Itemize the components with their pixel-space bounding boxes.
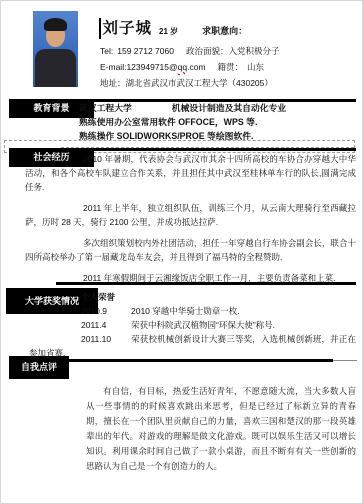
award-date: 2011.10 [81, 332, 131, 346]
portrait-photo [33, 11, 78, 87]
spellcheck-underline: qq [178, 62, 187, 72]
email-tld: .com [187, 62, 205, 72]
honors-title: 个人荣誉 [29, 290, 356, 304]
social-paragraph: 2011 年上半年，独立组织队伍，训练三个月，从云南大理骑行至西藏拉萨，历时 2… [25, 201, 356, 229]
photo-person-hair [44, 18, 67, 31]
award-date: 2010.9 [81, 304, 131, 318]
school-name: 武汉工程大学 [79, 103, 132, 113]
award-row: 2010.92010 穿越中华骑士勋章一枚. [29, 304, 356, 318]
education-school-line: 武汉工程大学机械设计制造及其自动化专业 [79, 101, 357, 115]
social-content: 2010 年暑期，代表协会与武汉市其余十四所高校的车协合办穿越大中华活动，和各个… [25, 152, 356, 292]
social-rule [58, 148, 356, 151]
award-date: 2011.4 [81, 318, 131, 332]
job-intention-label: 求职意向： [202, 24, 247, 39]
award-desc: 荣获中科院武汉植物园“环保大使”称号. [131, 320, 275, 330]
photo-person-body [35, 49, 76, 87]
political-label: 政治面貌： [186, 46, 229, 56]
award-row: 2011.10荣获校机械创新设计大赛三等奖，入选机械创新班，并正在参加省赛. [29, 332, 356, 360]
contact-tel-line: Tel:159 2712 7060政治面貌：入党积极分子 [100, 45, 280, 57]
origin-label: 籍贯： [218, 62, 244, 72]
award-desc: 荣获校机械创新设计大赛三等奖，入选机械创新班，并正在参加省赛. [29, 334, 356, 358]
tel-label: Tel: [100, 46, 113, 56]
political-value: 入党积极分子 [228, 46, 279, 56]
candidate-name: 刘子城 [103, 19, 153, 39]
awards-rule [56, 282, 356, 285]
education-skill-line: 熟练使用办公室常用软件 OFFOCE，WPS 等. [79, 115, 357, 129]
major-name: 机械设计制造及其自动化专业 [172, 103, 286, 113]
education-content: 武汉工程大学机械设计制造及其自动化专业 熟练使用办公室常用软件 OFFOCE，W… [79, 101, 357, 143]
contact-address-line: 地址：湖北省武汉市武汉工程大学（430205） [100, 77, 273, 89]
self-review-rule [63, 359, 333, 362]
address-label: 地址： [100, 78, 126, 88]
address-value: 湖北省武汉市武汉工程大学（430205） [126, 78, 273, 88]
contact-email-line: E-mail:123949715@qq.com籍贯：山东 [100, 61, 264, 73]
self-review-rule-tail [333, 360, 357, 361]
tel-value: 159 2712 7060 [117, 46, 174, 56]
email-user: 123949715@ [126, 62, 177, 72]
award-desc: 2010 穿越中华骑士勋章一枚. [131, 306, 240, 316]
origin-value: 山东 [247, 62, 264, 72]
awards-content: 个人荣誉 2010.92010 穿越中华骑士勋章一枚. 2011.4荣获中科院武… [29, 290, 356, 360]
social-paragraph: 多次组织策划校内外社团活动，担任一年穿越自行车协会副会长，联合十四所高校举办了第… [25, 236, 356, 264]
email-label: E-mail: [100, 62, 126, 72]
social-paragraph: 2010 年暑期，代表协会与武汉市其余十四所高校的车协合办穿越大中华活动，和各个… [25, 152, 356, 194]
self-review-text: 有自信，有目标，热爱生活好青年，不愿意随大流，当大多数人盲从一些事情的的时候喜欢… [86, 384, 356, 474]
header-name-row: 刘子城 21 岁 求职意向： [99, 17, 247, 39]
candidate-age: 21 岁 [159, 26, 178, 39]
award-row: 2011.4荣获中科院武汉植物园“环保大使”称号. [29, 318, 356, 332]
text-cursor [99, 18, 101, 39]
resume-page: 刘子城 21 岁 求职意向： Tel:159 2712 7060政治面貌：入党积… [0, 0, 363, 504]
self-review-section-label: 自我点评 [9, 356, 69, 379]
